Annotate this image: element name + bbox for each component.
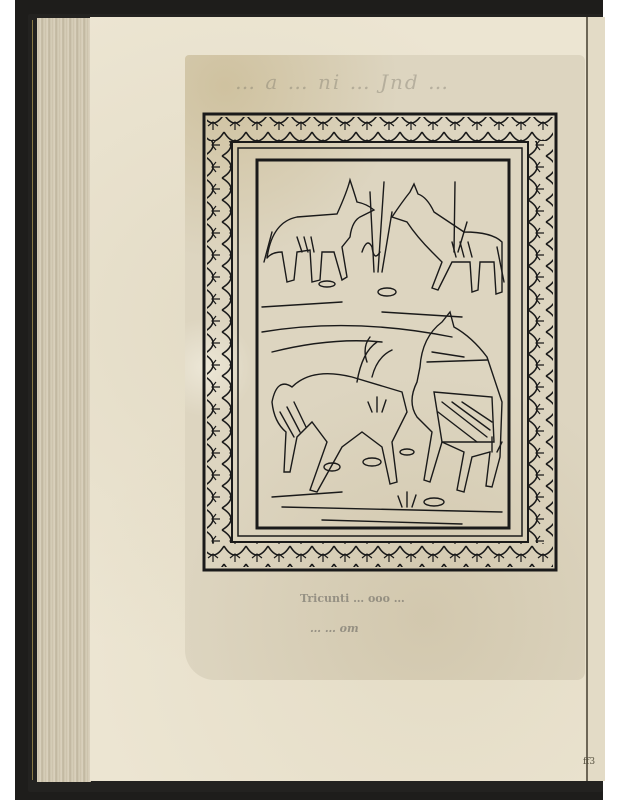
donkey-left-drawing <box>264 180 374 282</box>
show-through-text-line2: … … om <box>310 622 359 635</box>
donkey-right-drawing <box>392 184 504 294</box>
harnessed-horse-drawing <box>412 312 502 492</box>
folio-mark: ff3 <box>583 757 595 767</box>
show-through-text-top: … a … ni … Jnd … <box>235 70 450 94</box>
show-through-text-line1: Tricunti … ooo … <box>300 592 405 605</box>
picture-frame <box>257 160 509 528</box>
page-edges <box>37 18 91 782</box>
woodcut-illustration <box>202 112 562 574</box>
donkey-bottom-drawing <box>272 374 407 492</box>
facing-page-edge <box>586 17 605 781</box>
